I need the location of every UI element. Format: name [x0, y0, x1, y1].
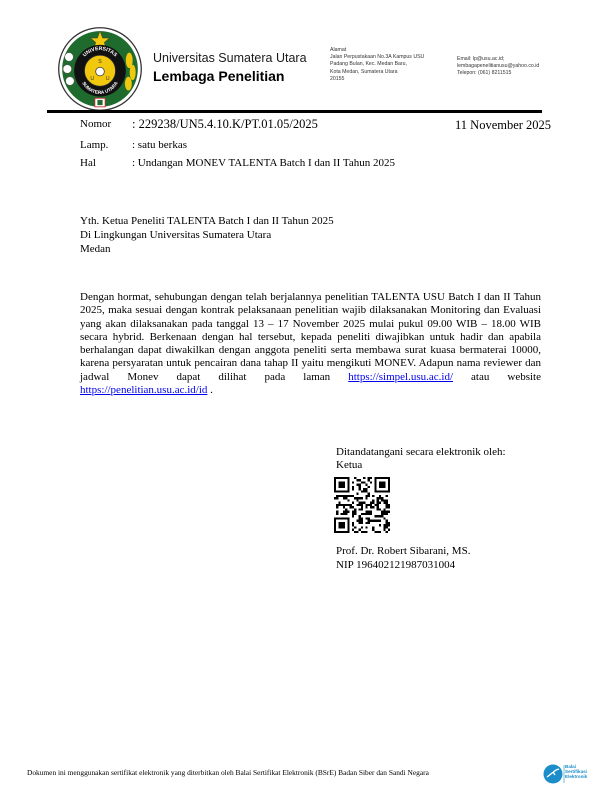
nomor-value: : 229238/UN5.4.10.K/PT.01.05/2025 — [132, 117, 318, 132]
letter-date: 11 November 2025 — [455, 118, 551, 133]
hal-value: : Undangan MONEV TALENTA Batch I dan II … — [132, 157, 395, 169]
addressee: Yth. Ketua Peneliti TALENTA Batch I dan … — [80, 214, 334, 256]
body-text: . — [207, 384, 213, 396]
unit-name: Lembaga Penelitian — [153, 68, 284, 84]
university-logo: S U U UNIVERSITAS SUMATERA UTARA — [57, 26, 143, 112]
penelitian-link[interactable]: https://penelitian.usu.ac.id/id — [80, 384, 207, 396]
addressee-line: Medan — [80, 242, 334, 256]
nomor-label: Nomor — [80, 118, 130, 130]
address-line: 20155 — [330, 76, 424, 83]
letter-body: Dengan hormat, sehubungan dengan telah b… — [80, 291, 541, 397]
bsre-line: Elektronik — [565, 774, 587, 779]
header-divider — [47, 110, 542, 113]
contact-block: Email: lp@usu.ac.id; lembagapenelitianus… — [457, 56, 539, 78]
qr-code — [334, 477, 390, 533]
address-line: Padang Bulan, Kec. Medan Baru, — [330, 61, 424, 68]
hal-label: Hal — [80, 157, 130, 169]
address-block: Alamat Jalan Perpustakaan No.3A Kampus U… — [330, 47, 424, 83]
address-line: Jalan Perpustakaan No.3A Kampus USU — [330, 54, 424, 61]
footer-note: Dokumen ini menggunakan sertifikat elekt… — [27, 768, 429, 777]
body-text: atau website — [453, 371, 541, 383]
signature-block: Ditandatangani secara elektronik oleh: K… — [336, 446, 506, 472]
svg-text:S: S — [98, 59, 102, 65]
svg-text:U: U — [90, 76, 94, 82]
addressee-line: Di Lingkungan Universitas Sumatera Utara — [80, 228, 334, 242]
addressee-line: Yth. Ketua Peneliti TALENTA Batch I dan … — [80, 214, 334, 228]
signer-name: Prof. Dr. Robert Sibarani, MS. — [336, 544, 470, 558]
lamp-label: Lamp. — [80, 139, 130, 151]
body-text: Dengan hormat, sehubungan dengan telah b… — [80, 291, 541, 383]
signed-by-label: Ditandatangani secara elektronik oleh: — [336, 446, 506, 459]
bsre-label: Balai Sertifikasi Elektronik — [565, 764, 587, 780]
lamp-value: : satu berkas — [132, 139, 187, 151]
signer-nip: NIP 196402121987031004 — [336, 558, 470, 572]
email: Email: lp@usu.ac.id; — [457, 56, 539, 63]
institution-name: Universitas Sumatera Utara — [153, 51, 307, 65]
signer: Prof. Dr. Robert Sibarani, MS. NIP 19640… — [336, 544, 470, 572]
svg-text:U: U — [106, 76, 110, 82]
address-line: Kota Medan, Sumatera Utara — [330, 69, 424, 76]
email-secondary: lembagapenelitianusu@yahoo.co.id — [457, 63, 539, 70]
simpel-link[interactable]: https://simpel.usu.ac.id/ — [348, 371, 453, 383]
phone: Telepon: (061) 8211515 — [457, 70, 539, 77]
signer-position: Ketua — [336, 459, 506, 472]
address-label: Alamat — [330, 47, 424, 54]
